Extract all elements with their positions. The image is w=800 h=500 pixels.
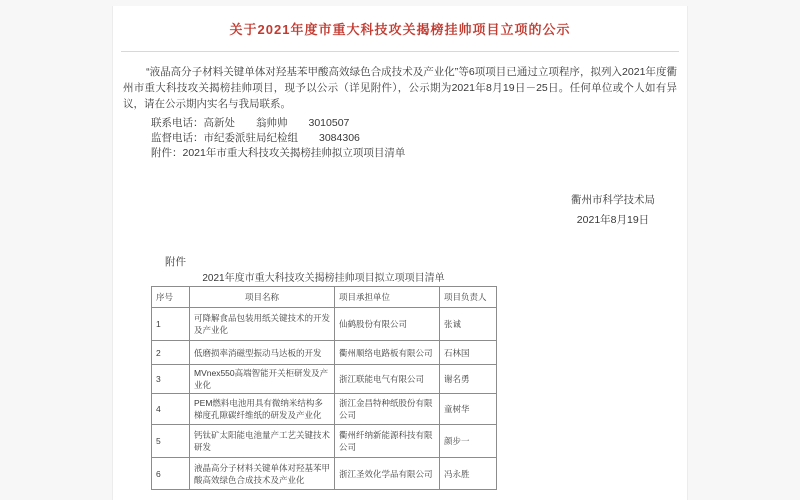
cell-seq: 4 [152, 394, 190, 425]
cell-project-name: 低磨损率消磁型振动马达板的开发 [190, 341, 335, 365]
cell-seq: 6 [152, 458, 190, 490]
title-divider [121, 51, 679, 52]
cell-undertaking-unit: 浙江圣效化学品有限公司 [335, 458, 440, 490]
page-title: 关于2021年度市重大科技攻关揭榜挂帅项目立项的公示 [113, 19, 687, 38]
table-row: 2 低磨损率消磁型振动马达板的开发 衢州顺络电路板有限公司 石林国 [152, 341, 497, 365]
cell-seq: 1 [152, 308, 190, 341]
issue-date: 2021年8月19日 [571, 210, 655, 230]
supervision-phone-line: 监督电话：市纪委派驻局纪检组 3084306 [123, 131, 677, 146]
cell-undertaking-unit: 衢州纤纳新能源科技有限公司 [335, 425, 440, 458]
table-row: 4 PEM燃料电池用具有微纳米结构多梯度孔隙碳纤维纸的研发及产业化 浙江金昌特种… [152, 394, 497, 425]
cell-seq: 3 [152, 365, 190, 394]
announcement-paragraph: “液晶高分子材料关键单体对羟基苯甲酸高效绿色合成技术及产业化”等6项项目已通过立… [123, 64, 677, 112]
header-seq: 序号 [152, 287, 190, 308]
table-row: 5 钙钛矿太阳能电池量产工艺关键技术研发 衢州纤纳新能源科技有限公司 颜步一 [152, 425, 497, 458]
cell-project-name: MVnex550高端智能开关柜研发及产业化 [190, 365, 335, 394]
cell-undertaking-unit: 浙江联能电气有限公司 [335, 365, 440, 394]
cell-undertaking-unit: 浙江金昌特种纸股份有限公司 [335, 394, 440, 425]
cell-project-leader: 谢名勇 [440, 365, 497, 394]
screenshot-root: { "doc": { "title": "关于2021年度市重大科技攻关揭榜挂帅… [0, 0, 800, 500]
table-row: 6 液晶高分子材料关键单体对羟基苯甲酸高效绿色合成技术及产业化 浙江圣效化学品有… [152, 458, 497, 490]
cell-project-leader: 张诚 [440, 308, 497, 341]
table-row: 1 可降解食品包装用纸关键技术的开发及产业化 仙鹤股份有限公司 张诚 [152, 308, 497, 341]
contact-phone-line: 联系电话：高新处 翁帅帅 3010507 [123, 116, 677, 131]
cell-project-name: 钙钛矿太阳能电池量产工艺关键技术研发 [190, 425, 335, 458]
header-undertaking-unit: 项目承担单位 [335, 287, 440, 308]
header-project-leader: 项目负责人 [440, 287, 497, 308]
cell-project-name: 液晶高分子材料关键单体对羟基苯甲酸高效绿色合成技术及产业化 [190, 458, 335, 490]
cell-project-name: PEM燃料电池用具有微纳米结构多梯度孔隙碳纤维纸的研发及产业化 [190, 394, 335, 425]
cell-undertaking-unit: 衢州顺络电路板有限公司 [335, 341, 440, 365]
cell-seq: 5 [152, 425, 190, 458]
table-row: 3 MVnex550高端智能开关柜研发及产业化 浙江联能电气有限公司 谢名勇 [152, 365, 497, 394]
header-project-name: 项目名称 [190, 287, 335, 308]
attachment-reference-line: 附件：2021年市重大科技攻关揭榜挂帅拟立项项目清单 [123, 146, 677, 161]
attachment-label: 附件 [165, 254, 186, 269]
document-page: 关于2021年度市重大科技攻关揭榜挂帅项目立项的公示 “液晶高分子材料关键单体对… [112, 6, 688, 500]
signature-block: 衢州市科学技术局 2021年8月19日 [571, 190, 655, 230]
table-title: 2021年度市重大科技攻关揭榜挂帅项目拟立项项目清单 [151, 269, 496, 284]
cell-project-name: 可降解食品包装用纸关键技术的开发及产业化 [190, 308, 335, 341]
issuing-org: 衢州市科学技术局 [571, 190, 655, 210]
table-header-row: 序号 项目名称 项目承担单位 项目负责人 [152, 287, 497, 308]
cell-undertaking-unit: 仙鹤股份有限公司 [335, 308, 440, 341]
cell-seq: 2 [152, 341, 190, 365]
contact-info-block: 联系电话：高新处 翁帅帅 3010507 监督电话：市纪委派驻局纪检组 3084… [123, 116, 677, 161]
cell-project-leader: 童树华 [440, 394, 497, 425]
cell-project-leader: 颜步一 [440, 425, 497, 458]
project-list-table: 序号 项目名称 项目承担单位 项目负责人 1 可降解食品包装用纸关键技术的开发及… [151, 286, 497, 490]
cell-project-leader: 冯永胜 [440, 458, 497, 490]
cell-project-leader: 石林国 [440, 341, 497, 365]
